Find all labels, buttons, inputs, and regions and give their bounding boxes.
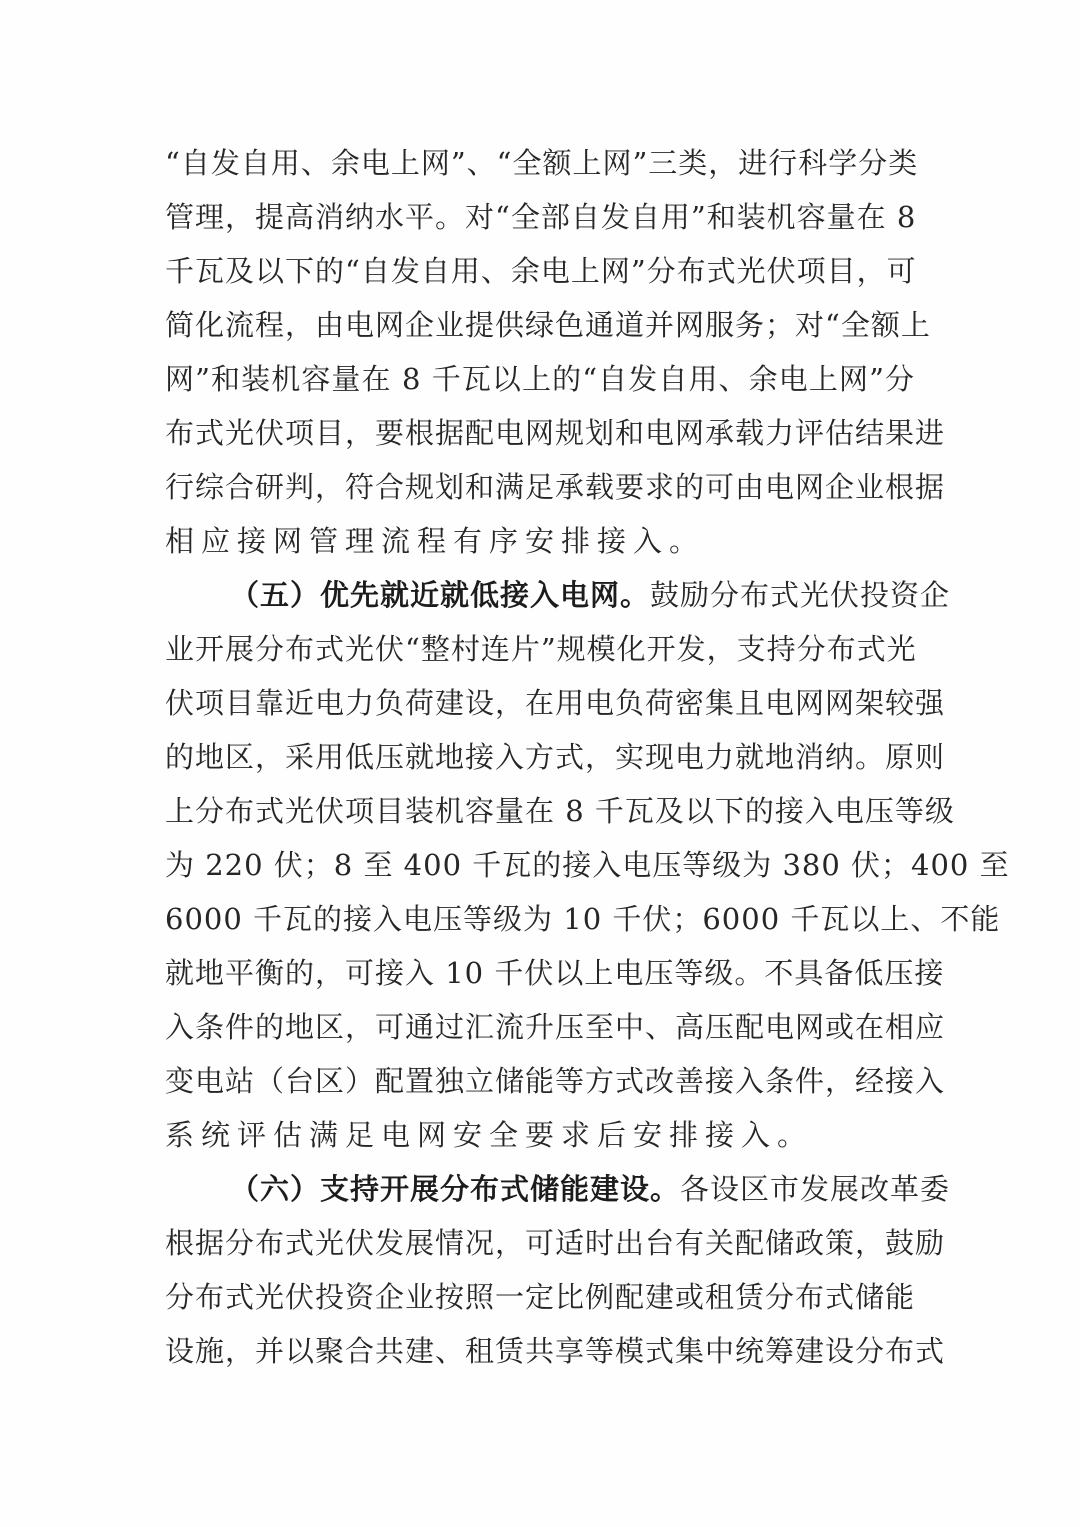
paragraph-line: 的地区，采用低压就地接入方式，实现电力就地消纳。原则 [165, 737, 915, 777]
paragraph-line: 6000 千瓦的接入电压等级为 10 千伏；6000 千瓦以上、不能 [165, 899, 915, 939]
section-heading-5: （五）优先就近就低接入电网。 [230, 578, 650, 612]
paragraph-line: 设施，并以聚合共建、租赁共享等模式集中统筹建设分布式 [165, 1331, 915, 1371]
paragraph-line: 行综合研判，符合规划和满足承载要求的可由电网企业根据 [165, 467, 915, 507]
paragraph-text: 各设区市发展改革委 [680, 1172, 950, 1206]
paragraph-line: “自发自用、余电上网”、“全额上网”三类，进行科学分类 [165, 143, 915, 183]
section-heading-6: （六）支持开展分布式储能建设。 [230, 1172, 680, 1206]
paragraph-line: 变电站（台区）配置独立储能等方式改善接入条件，经接入 [165, 1061, 915, 1101]
paragraph-line: 管理，提高消纳水平。对“全部自发自用”和装机容量在 8 [165, 197, 915, 237]
paragraph-text: 鼓励分布式光伏投资企 [650, 578, 950, 612]
paragraph-line: 网”和装机容量在 8 千瓦以上的“自发自用、余电上网”分 [165, 359, 915, 399]
paragraph-line: 为 220 伏；8 至 400 千瓦的接入电压等级为 380 伏；400 至 [165, 845, 915, 885]
section-heading-line-6: （六）支持开展分布式储能建设。各设区市发展改革委 [230, 1169, 915, 1209]
paragraph-line: 伏项目靠近电力负荷建设，在用电负荷密集且电网网架较强 [165, 683, 915, 723]
paragraph-line: 根据分布式光伏发展情况，可适时出台有关配储政策，鼓励 [165, 1223, 915, 1263]
section-heading-line-5: （五）优先就近就低接入电网。鼓励分布式光伏投资企 [230, 575, 915, 615]
paragraph-line: 业开展分布式光伏“整村连片”规模化开发，支持分布式光 [165, 629, 915, 669]
paragraph-line: 千瓦及以下的“自发自用、余电上网”分布式光伏项目，可 [165, 251, 915, 291]
paragraph-line: 入条件的地区，可通过汇流升压至中、高压配电网或在相应 [165, 1007, 915, 1047]
document-page: “自发自用、余电上网”、“全额上网”三类，进行科学分类 管理，提高消纳水平。对“… [0, 0, 1080, 1527]
paragraph-line: 系统评估满足电网安全要求后安排接入。 [165, 1115, 915, 1155]
paragraph-line: 简化流程，由电网企业提供绿色通道并网服务；对“全额上 [165, 305, 915, 345]
paragraph-line: 相应接网管理流程有序安排接入。 [165, 521, 915, 561]
paragraph-line: 布式光伏项目，要根据配电网规划和电网承载力评估结果进 [165, 413, 915, 453]
paragraph-line: 就地平衡的，可接入 10 千伏以上电压等级。不具备低压接 [165, 953, 915, 993]
paragraph-line: 分布式光伏投资企业按照一定比例配建或租赁分布式储能 [165, 1277, 915, 1317]
paragraph-line: 上分布式光伏项目装机容量在 8 千瓦及以下的接入电压等级 [165, 791, 915, 831]
